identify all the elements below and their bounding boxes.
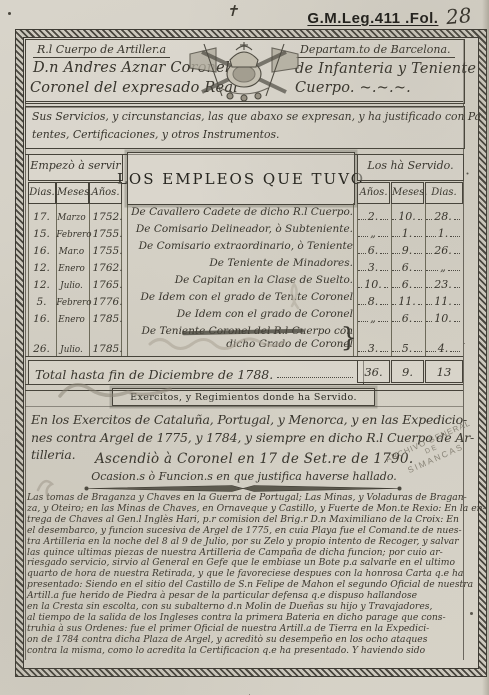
- employment-text: De Comisario extraordinario, ò Teniente: [139, 240, 353, 253]
- occasions-line: tra Artilleria en la noche del 8 al 9 de…: [27, 537, 463, 548]
- served-days: 26.: [424, 244, 462, 257]
- served-years: 3.: [356, 261, 390, 274]
- occasions-paragraph: Las tomas de Braganza y Chaves en la Gue…: [27, 493, 463, 657]
- employment-text: De Comisario Delineador, ò Subteniente.: [136, 223, 353, 236]
- service-record-page: ✝ G.M.Leg.411 .Fol. 28 R.l Cuerpo de Art…: [0, 0, 489, 695]
- table-title-box: LOS EMPLEOS QUE TUVO: [127, 152, 355, 205]
- table-row: 26. Julio. 1785. De Teniente Coronel del…: [25, 325, 463, 342]
- service-line: nes contra Argel de 1775, y 1784, y siem…: [31, 429, 474, 447]
- start-year: 1752.: [88, 211, 127, 223]
- served-days: 4.: [424, 342, 462, 355]
- served-days: 11.: [424, 295, 462, 308]
- divider: [25, 406, 463, 407]
- officer-rank-line2: Cuerpo. ~.~.~.: [295, 80, 411, 96]
- table-row: 5. Febrero 1776. De Idem con el grado de…: [25, 291, 463, 308]
- served-days: 28.: [424, 210, 462, 223]
- employment-cell: De Idem con el grado de Ten.te Coronel: [127, 291, 353, 308]
- row-brace: }: [340, 323, 357, 353]
- start-month: Julio.: [56, 344, 86, 355]
- employment-cell: De Idem con el grado de Coronel: [127, 308, 353, 325]
- served-months: 6.: [390, 261, 424, 274]
- start-day: 16.: [28, 245, 55, 257]
- start-year: 1755.: [88, 228, 127, 240]
- archive-reference: G.M.Leg.411 .Fol. 28: [307, 4, 471, 28]
- corps-caption: R.l Cuerpo de Artiller.a: [33, 43, 170, 58]
- table-row: 12. Enero 1762. De Teniente de Minadores…: [25, 257, 463, 274]
- start-year: 1765.: [88, 279, 127, 291]
- start-day: 16.: [28, 313, 55, 325]
- start-year: 1785.: [88, 313, 127, 325]
- served-months: 9.: [390, 244, 424, 257]
- served-months: 6.: [390, 278, 424, 291]
- employment-cell: De Cavallero Cadete de dicho R.l Cuerpo.: [127, 206, 353, 223]
- total-label: Total hasta fin de Diciembre de 1788.: [35, 367, 273, 382]
- employment-text: De Cavallero Cadete de dicho R.l Cuerpo.: [131, 206, 353, 219]
- start-day: 26.: [28, 343, 55, 355]
- employment-cell: De Comisario extraordinario, ò Teniente: [127, 240, 353, 257]
- officer-rank-line1: de Infanteria y Teniente: [295, 61, 476, 77]
- table-row: 16. Mar.o 1755. De Comisario extraordina…: [25, 240, 463, 257]
- served-years: „: [356, 227, 390, 240]
- table-row: 12. Julio. 1765. De Capitan en la Clase …: [25, 274, 463, 291]
- served-header-label: Los hà Servido.: [358, 159, 463, 172]
- table-rule: [25, 356, 463, 357]
- served-years: 10.: [356, 278, 390, 291]
- served-months: 10.: [390, 210, 424, 223]
- served-months: 1.: [390, 227, 424, 240]
- artillery-crest-icon: [176, 38, 312, 102]
- start-month: Enero: [56, 263, 86, 274]
- employment-cell: De Teniente de Minadores.: [127, 257, 353, 274]
- employment-text: De Idem con el grado de Ten.te Coronel: [140, 291, 353, 304]
- table-title: LOS EMPLEOS QUE TUVO: [117, 170, 365, 188]
- occasions-header: Ocasion.s ò Funcion.s en que justifica h…: [25, 470, 463, 483]
- col-meses-right: Meses.: [391, 182, 424, 204]
- start-day: 17.: [28, 211, 55, 223]
- total-days: 13: [425, 360, 463, 383]
- start-month: Febrero: [56, 297, 86, 308]
- served-years: 6.: [356, 244, 390, 257]
- served-months: 11.: [390, 295, 424, 308]
- col-anos-left: Años.: [89, 182, 122, 204]
- served-days: 1.: [424, 227, 462, 240]
- folio-number: 28: [445, 3, 472, 29]
- occasions-line: el desembarco, y funcion sucesiva de Arg…: [27, 526, 463, 537]
- start-year: 1755.: [88, 245, 127, 257]
- col-anos-right: Años.: [357, 182, 390, 204]
- units-band-label: Exercitos, y Regimientos donde ha Servid…: [130, 392, 357, 403]
- cross-icon: ✝: [226, 2, 239, 20]
- start-day: 5.: [28, 296, 55, 308]
- service-line: En los Exercitos de Cataluña, Portugal, …: [31, 411, 474, 429]
- start-month: Mar.o: [56, 246, 86, 257]
- start-year: 1762.: [88, 262, 127, 274]
- col-dias-left: Dias.: [28, 182, 56, 204]
- served-years: „: [356, 312, 390, 325]
- served-days: 23.: [424, 278, 462, 291]
- occasions-line: contra la misma, como lo acredita la Cer…: [27, 646, 463, 657]
- total-years: 36.: [357, 360, 390, 383]
- start-year: 1776.: [88, 296, 127, 308]
- served-days: „: [424, 261, 462, 274]
- served-months: 6.: [390, 312, 424, 325]
- employment-table-body: 17. Marzo 1752. De Cavallero Cadete de d…: [25, 206, 463, 342]
- served-years: 2.: [356, 210, 390, 223]
- employment-text: De Capitan en la Clase de Suelto.: [175, 274, 353, 287]
- start-month: Marzo: [56, 212, 86, 223]
- total-months: 9.: [391, 360, 424, 383]
- start-month: Febrero: [56, 229, 86, 240]
- table-row: 15. Febrero 1755. De Comisario Delineado…: [25, 223, 463, 240]
- start-year: 1785.: [88, 343, 127, 355]
- start-day: 12.: [28, 262, 55, 274]
- employment-cell: De Capitan en la Clase de Suelto.: [127, 274, 353, 291]
- served-months: 5.: [390, 342, 424, 355]
- promotion-note: Ascendiò à Coronel en 17 de Set.re de 17…: [95, 451, 414, 467]
- employment-text: De Teniente de Minadores.: [209, 257, 353, 270]
- employment-text: De Idem con el grado de Coronel: [177, 308, 353, 321]
- start-day: 12.: [28, 279, 55, 291]
- col-meses-left: Meses.: [56, 182, 89, 204]
- served-years: 8.: [356, 295, 390, 308]
- started-header-label: Empezò à servir: [29, 159, 122, 172]
- col-dias-right: Dias.: [425, 182, 463, 204]
- department-caption: Departam.to de Barcelona.: [296, 43, 455, 58]
- employment-text-2: dicho Grado de Coronel: [226, 338, 353, 351]
- start-month: Julio.: [56, 280, 86, 291]
- start-month: Enero: [56, 314, 86, 325]
- scan-speck: [8, 12, 11, 15]
- total-label-box: Total hasta fin de Diciembre de 1788.: [28, 360, 364, 385]
- table-row: 17. Marzo 1752. De Cavallero Cadete de d…: [25, 206, 463, 223]
- start-day: 15.: [28, 228, 55, 240]
- table-row: 16. Enero 1785. De Idem con el grado de …: [25, 308, 463, 325]
- started-header-box: Empezò à servir: [28, 154, 123, 181]
- archive-reference-printed: G.M.Leg.411 .Fol.: [307, 10, 438, 27]
- intro-line1: Sus Servicios, y circunstancias, las que…: [32, 110, 485, 123]
- served-days: 10.: [424, 312, 462, 325]
- employment-cell: De Comisario Delineador, ò Subteniente.: [127, 223, 353, 240]
- served-years: 3.: [356, 342, 390, 355]
- served-header-box: Los hà Servido.: [357, 154, 464, 181]
- intro-line2: tentes, Certificaciones, y otros Instrum…: [32, 128, 279, 141]
- units-band-box: Exercitos, y Regimientos donde ha Servid…: [112, 388, 375, 406]
